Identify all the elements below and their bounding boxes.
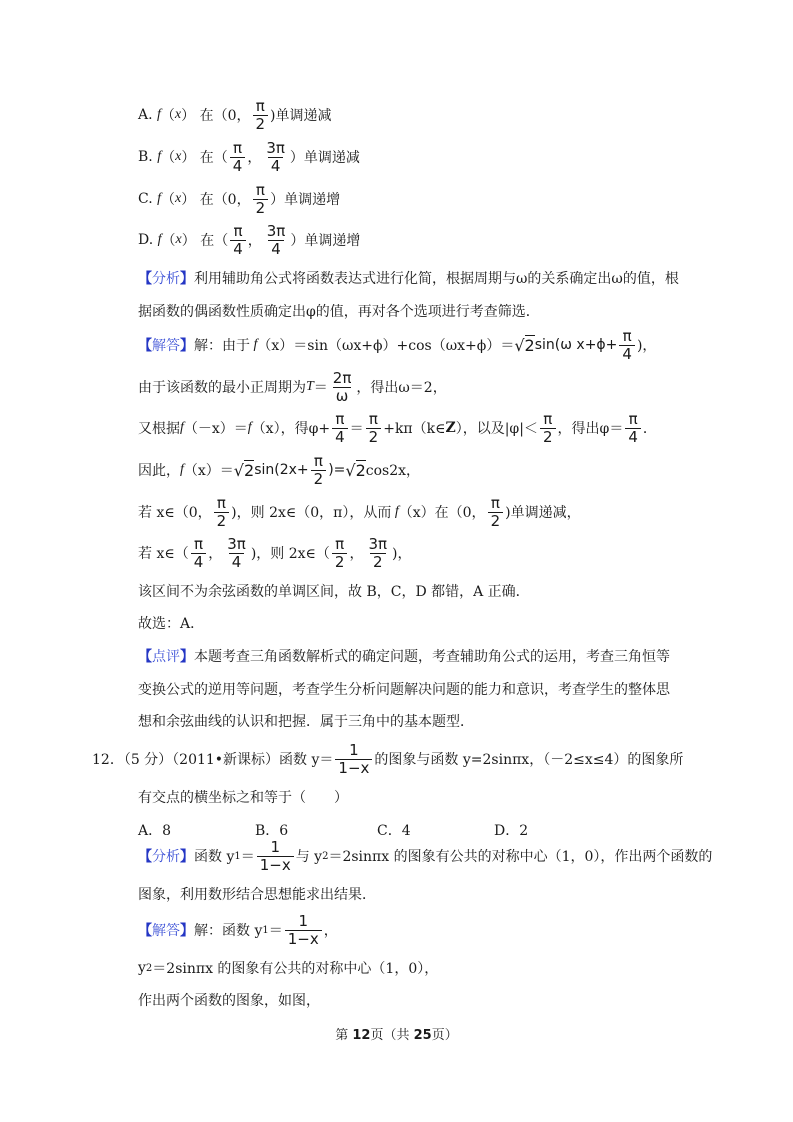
text: )单调递减 bbox=[270, 105, 331, 125]
text: 的图象与函数 y=2sinπx，（－2≤x≤4）的图象所 bbox=[374, 749, 683, 769]
text: 变换公式的逆用等问题，考查学生分析问题解决问题的能力和意识，考查学生的整体思 bbox=[138, 679, 670, 699]
fraction: π4 bbox=[230, 140, 246, 175]
numerator: π bbox=[191, 536, 206, 553]
denominator: 2 bbox=[214, 512, 230, 530]
text: （x），得φ+ bbox=[252, 418, 330, 438]
text: ＝ bbox=[269, 920, 283, 940]
text: 页（共 bbox=[370, 1028, 413, 1043]
text: 在 bbox=[200, 230, 214, 250]
q11-solution-line3: 又根据 f （－x）＝ f （x），得φ+ π4 ＝ π2 +kπ（k∈Z ），… bbox=[138, 408, 657, 448]
numerator: 3π bbox=[263, 140, 288, 157]
text: ， bbox=[247, 147, 261, 167]
fraction: π2 bbox=[253, 182, 269, 217]
fraction: 11−x bbox=[257, 839, 294, 874]
analysis-tag: 【分析】 bbox=[138, 846, 194, 866]
text: 12．（5 分）（2011•新课标）函数 y＝ bbox=[92, 749, 333, 769]
text: 解：函数 y bbox=[194, 920, 262, 940]
denominator: ω bbox=[333, 387, 352, 405]
fraction: π4 bbox=[625, 411, 641, 446]
text: ），以及|φ|＜ bbox=[456, 418, 538, 438]
text: ）单调递增 bbox=[290, 230, 360, 250]
denominator: 4 bbox=[268, 240, 284, 258]
denominator: 1−x bbox=[285, 930, 322, 948]
fraction: 3π4 bbox=[264, 223, 289, 258]
text: 该区间不为余弦函数的单调区间，故 B，C，D 都错，A 正确． bbox=[138, 581, 530, 601]
denominator: 4 bbox=[230, 240, 246, 258]
fraction: π4 bbox=[230, 223, 246, 258]
fraction: 3π4 bbox=[224, 536, 249, 571]
text: 又根据 bbox=[138, 418, 180, 438]
fraction: π2 bbox=[366, 411, 382, 446]
denominator: 2 bbox=[332, 553, 348, 571]
text: y bbox=[138, 960, 146, 976]
denominator: 4 bbox=[332, 428, 348, 446]
text: )， bbox=[392, 543, 411, 563]
text: （－x）＝ bbox=[184, 418, 248, 438]
fraction: 11−x bbox=[335, 742, 372, 777]
text: 若 x∈（ bbox=[138, 543, 189, 563]
text: 作出两个函数的图象，如图， bbox=[138, 990, 320, 1010]
solution-tag: 【解答】 bbox=[138, 335, 194, 355]
text: 本题考查三角函数解析式的确定问题，考查辅助角公式的运用，考查三角恒等 bbox=[194, 646, 670, 666]
page-number: 12 bbox=[352, 1028, 370, 1043]
tag-label: 点评 bbox=[152, 649, 180, 665]
q11-option-c: C. f （x） 在 （0， π2 ）单调递增 bbox=[138, 179, 340, 219]
text: （x）在（0， bbox=[399, 502, 486, 522]
fraction: π4 bbox=[619, 328, 635, 363]
sqrt: √2 bbox=[514, 336, 534, 355]
text: （x）＝ bbox=[184, 460, 234, 480]
fraction: 3π2 bbox=[365, 536, 390, 571]
numerator: π bbox=[366, 411, 381, 428]
tag-label: 分析 bbox=[152, 849, 180, 865]
text: )，则 2x∈（ bbox=[251, 543, 330, 563]
text: ，得出φ＝ bbox=[558, 418, 624, 438]
option-label: C. bbox=[138, 191, 153, 207]
text: 解：由于 bbox=[194, 335, 250, 355]
denominator: 2 bbox=[540, 428, 556, 446]
text: ， bbox=[324, 920, 338, 940]
q11-option-d: D. f （x） 在 （ π4 ， 3π4 ）单调递增 bbox=[138, 220, 360, 260]
text: )单调递减， bbox=[505, 502, 580, 522]
text: 故选：A． bbox=[138, 613, 204, 633]
sqrt: √2 bbox=[345, 461, 365, 480]
tag-label: 分析 bbox=[152, 271, 180, 287]
text: ＝ bbox=[241, 846, 255, 866]
numerator: 3π bbox=[224, 536, 249, 553]
q11-comment-line3: 想和余弦曲线的认识和把握．属于三角中的基本题型． bbox=[138, 701, 474, 741]
numerator: π bbox=[626, 411, 641, 428]
text: 由于该函数的最小正周期为 bbox=[138, 377, 306, 397]
numerator: π bbox=[214, 495, 229, 512]
denominator: 2 bbox=[253, 199, 269, 217]
text: ）单调递增 bbox=[270, 189, 340, 209]
denominator: 4 bbox=[625, 428, 641, 446]
text: cos2x， bbox=[366, 460, 420, 480]
numerator: 1 bbox=[295, 913, 311, 930]
text: ＝ bbox=[314, 377, 328, 397]
solution-tag: 【解答】 bbox=[138, 920, 194, 940]
text: )= bbox=[328, 462, 345, 478]
fraction: 3π4 bbox=[263, 140, 288, 175]
q11-solution-line1: 【解答】 解：由于 f （x）＝sin（ωx+ϕ）+cos（ωx+ϕ）＝ √2 … bbox=[138, 325, 656, 365]
tag-label: 解答 bbox=[152, 338, 180, 354]
numerator: π bbox=[540, 411, 555, 428]
fraction: π2 bbox=[540, 411, 556, 446]
text: 在 bbox=[200, 189, 214, 209]
numerator: 3π bbox=[264, 223, 289, 240]
text: )， bbox=[637, 335, 656, 355]
text: ＝ bbox=[350, 418, 364, 438]
numerator: π bbox=[488, 495, 503, 512]
option-label: B. bbox=[138, 149, 153, 165]
fraction: π4 bbox=[332, 411, 348, 446]
fraction: 2πω bbox=[330, 370, 355, 405]
text: 想和余弦曲线的认识和把握．属于三角中的基本题型． bbox=[138, 711, 474, 731]
denominator: 4 bbox=[191, 553, 207, 571]
denominator: 2 bbox=[488, 512, 504, 530]
option-label: A. bbox=[138, 107, 153, 123]
q12-solution-line3: 作出两个函数的图象，如图， bbox=[138, 980, 320, 1020]
q11-solution-line2: 由于该函数的最小正周期为 T ＝ 2πω ，得出ω＝2， bbox=[138, 367, 447, 407]
total-pages: 25 bbox=[414, 1028, 432, 1043]
q12-stem-line1: 12．（5 分）（2011•新课标）函数 y＝ 11−x 的图象与函数 y=2s… bbox=[92, 739, 683, 779]
q12-solution-line1: 【解答】 解：函数 y1 ＝ 11−x ， bbox=[138, 910, 338, 950]
numerator: 2π bbox=[330, 370, 355, 387]
text: （ bbox=[214, 230, 228, 250]
text: +kπ（k∈ bbox=[383, 418, 445, 438]
text: （0， bbox=[214, 189, 251, 209]
radicand: 2 bbox=[525, 335, 535, 355]
text: ． bbox=[643, 418, 657, 438]
numerator: π bbox=[230, 140, 245, 157]
fraction: 11−x bbox=[285, 913, 322, 948]
numerator: π bbox=[253, 182, 268, 199]
text: 与 y bbox=[296, 846, 322, 866]
text: （x）＝sin（ωx+ϕ）+cos（ωx+ϕ）＝ bbox=[257, 335, 514, 355]
denominator: 4 bbox=[229, 553, 245, 571]
text: ＝2sinπx 的图象有公共的对称中心（1，0）， bbox=[152, 958, 438, 978]
radicand: 2 bbox=[244, 460, 254, 480]
q11-solution-line6: 若 x∈（ π4 ， 3π4 )，则 2x∈（ π2 ， 3π2 )， bbox=[138, 533, 412, 573]
fraction: π2 bbox=[488, 495, 504, 530]
q11-solution-line4: 因此， f （x）＝ √2 sin(2x+ π2 )= √2 cos2x， bbox=[138, 450, 420, 490]
text: （0， bbox=[214, 105, 251, 125]
fraction: π4 bbox=[191, 536, 207, 571]
numerator: π bbox=[332, 411, 347, 428]
text: 利用辅助角公式将函数表达式进行化简，根据周期与ω的关系确定出ω的值，根 bbox=[194, 268, 679, 288]
denominator: 2 bbox=[370, 553, 386, 571]
text: ， bbox=[208, 543, 222, 563]
text: ）单调递减 bbox=[290, 147, 360, 167]
text: ，得出ω＝2， bbox=[356, 377, 446, 397]
denominator: 4 bbox=[619, 345, 635, 363]
q11-option-b: B. f （x） 在 （ π4 ， 3π4 ）单调递减 bbox=[138, 137, 360, 177]
fraction: π2 bbox=[214, 495, 230, 530]
text: 页） bbox=[432, 1028, 458, 1043]
text: 在 bbox=[200, 147, 214, 167]
fraction: π2 bbox=[311, 453, 327, 488]
text: 若 x∈（0， bbox=[138, 502, 212, 522]
denominator: 2 bbox=[366, 428, 382, 446]
denominator: 4 bbox=[230, 157, 246, 175]
text: sin(2x+ bbox=[254, 462, 308, 478]
numerator: π bbox=[253, 98, 268, 115]
var-T: T bbox=[306, 379, 314, 395]
fraction: π2 bbox=[332, 536, 348, 571]
denominator: 2 bbox=[253, 115, 269, 133]
denominator: 1−x bbox=[257, 856, 294, 874]
denominator: 4 bbox=[268, 157, 284, 175]
page-footer: 第 12页（共 25页） bbox=[0, 1024, 793, 1043]
q11-solution-line5: 若 x∈（0， π2 )，则 2x∈（0，π），从而 f （x）在（0， π2 … bbox=[138, 492, 581, 532]
text: （ bbox=[214, 147, 228, 167]
text: 有交点的横坐标之和等于（ ） bbox=[138, 787, 348, 807]
option-label: D. bbox=[138, 232, 153, 248]
radicand: 2 bbox=[356, 460, 366, 480]
text: 函数 y bbox=[194, 846, 234, 866]
numerator: 1 bbox=[346, 742, 362, 759]
q11-option-a: A. f （x） 在 （0， π2 )单调递减 bbox=[138, 95, 332, 135]
text: 因此， bbox=[138, 460, 180, 480]
text: 第 bbox=[335, 1028, 352, 1043]
q12-analysis-line2: 图象，利用数形结合思想能求出结果． bbox=[138, 874, 376, 914]
fraction: π2 bbox=[253, 98, 269, 133]
text: ， bbox=[248, 230, 262, 250]
q12-analysis-line1: 【分析】 函数 y1 ＝ 11−x 与 y2 ＝2sinπx 的图象有公共的对称… bbox=[138, 836, 712, 876]
tag-label: 解答 bbox=[152, 923, 180, 939]
text: ＝2sinπx 的图象有公共的对称中心（1，0），作出两个函数的 bbox=[328, 846, 712, 866]
numerator: 1 bbox=[267, 839, 283, 856]
text: 在 bbox=[200, 105, 214, 125]
numerator: π bbox=[230, 223, 245, 240]
numerator: 3π bbox=[365, 536, 390, 553]
text: 据函数的偶函数性质确定出φ的值，再对各个选项进行考查筛选． bbox=[138, 301, 540, 321]
denominator: 2 bbox=[311, 470, 327, 488]
text: sin(ω x+ϕ+ bbox=[535, 337, 618, 353]
text: 图象，利用数形结合思想能求出结果． bbox=[138, 884, 376, 904]
numerator: π bbox=[332, 536, 347, 553]
numerator: π bbox=[620, 328, 635, 345]
denominator: 1−x bbox=[335, 759, 372, 777]
comment-tag: 【点评】 bbox=[138, 646, 194, 666]
text: )，则 2x∈（0，π），从而 bbox=[231, 502, 391, 522]
text: ， bbox=[349, 543, 363, 563]
sqrt: √2 bbox=[234, 461, 254, 480]
set-Z: Z bbox=[445, 420, 455, 436]
analysis-tag: 【分析】 bbox=[138, 268, 194, 288]
numerator: π bbox=[311, 453, 326, 470]
